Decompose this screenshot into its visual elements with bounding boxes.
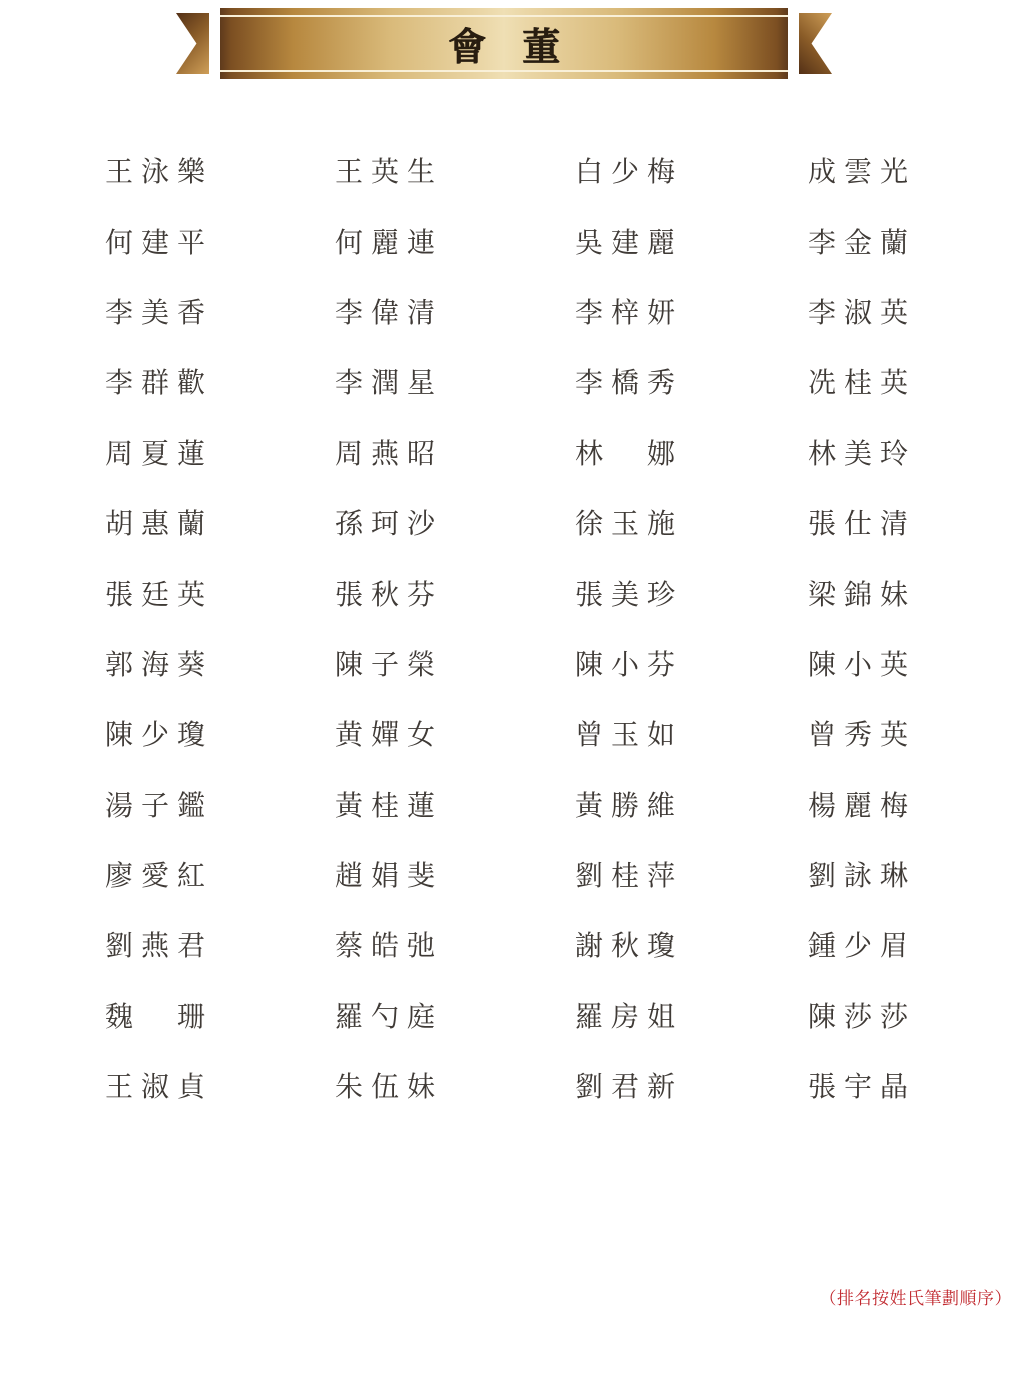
member-name: 冼桂英 — [808, 346, 1005, 416]
member-name: 湯子鑑 — [105, 769, 335, 839]
member-name: 李金蘭 — [808, 205, 1005, 275]
member-name: 李淑英 — [808, 276, 1005, 346]
member-name: 蔡皓弛 — [335, 909, 575, 979]
member-name: 李潤星 — [335, 346, 575, 416]
member-name: 張宇晶 — [808, 1050, 1005, 1120]
member-name: 朱伍妹 — [335, 1050, 575, 1120]
member-name: 羅房姐 — [575, 980, 808, 1050]
member-name: 陳少瓊 — [105, 698, 335, 768]
sort-order-footnote: （排名按姓氏筆劃順序） — [820, 1284, 1013, 1309]
member-name: 徐玉施 — [575, 487, 808, 557]
member-name: 林 娜 — [575, 417, 808, 487]
member-name: 李偉清 — [335, 276, 575, 346]
member-name: 廖愛紅 — [105, 839, 335, 909]
ribbon-inset-line-top — [220, 15, 788, 17]
member-name: 張美珍 — [575, 557, 808, 627]
ribbon-band: 會董 — [220, 8, 788, 79]
member-name: 黃勝維 — [575, 769, 808, 839]
member-name: 劉君新 — [575, 1050, 808, 1120]
member-name: 周燕昭 — [335, 417, 575, 487]
member-name: 謝秋瓊 — [575, 909, 808, 979]
member-name: 劉燕君 — [105, 909, 335, 979]
ribbon-inset-line-bottom — [220, 70, 788, 72]
member-name: 陳小芬 — [575, 628, 808, 698]
member-name: 梁錦妹 — [808, 557, 1005, 627]
member-name: 劉桂萍 — [575, 839, 808, 909]
member-name: 郭海葵 — [105, 628, 335, 698]
member-name: 陳子榮 — [335, 628, 575, 698]
member-name: 魏 珊 — [105, 980, 335, 1050]
members-grid: 王泳樂王英生白少梅成雲光何建平何麗連吳建麗李金蘭李美香李偉清李梓妍李淑英李群歡李… — [105, 135, 1005, 1120]
member-name: 李群歡 — [105, 346, 335, 416]
member-name: 曾秀英 — [808, 698, 1005, 768]
ribbon-tail-right — [799, 13, 832, 74]
member-name: 吳建麗 — [575, 205, 808, 275]
member-name: 鍾少眉 — [808, 909, 1005, 979]
member-name: 李橋秀 — [575, 346, 808, 416]
member-name: 黄嬋女 — [335, 698, 575, 768]
member-name: 林美玲 — [808, 417, 1005, 487]
member-name: 陳莎莎 — [808, 980, 1005, 1050]
member-name: 白少梅 — [575, 135, 808, 205]
member-name: 何麗連 — [335, 205, 575, 275]
member-name: 黃桂蓮 — [335, 769, 575, 839]
member-name: 王淑貞 — [105, 1050, 335, 1120]
member-name: 曾玉如 — [575, 698, 808, 768]
page-title: 會董 — [448, 16, 596, 71]
member-name: 陳小英 — [808, 628, 1005, 698]
member-name: 劉詠琳 — [808, 839, 1005, 909]
member-list-page: 會董 王泳樂王英生白少梅成雲光何建平何麗連吳建麗李金蘭李美香李偉清李梓妍李淑英李… — [0, 0, 1024, 1380]
member-name: 王泳樂 — [105, 135, 335, 205]
member-name: 羅勺庭 — [335, 980, 575, 1050]
member-name: 楊麗梅 — [808, 769, 1005, 839]
member-name: 成雲光 — [808, 135, 1005, 205]
member-name: 胡惠蘭 — [105, 487, 335, 557]
member-name: 周夏蓮 — [105, 417, 335, 487]
member-name: 李美香 — [105, 276, 335, 346]
member-name: 張秋芬 — [335, 557, 575, 627]
member-name: 何建平 — [105, 205, 335, 275]
member-name: 張仕清 — [808, 487, 1005, 557]
member-name: 趙娟斐 — [335, 839, 575, 909]
member-name: 王英生 — [335, 135, 575, 205]
member-name: 張廷英 — [105, 557, 335, 627]
member-name: 孫珂沙 — [335, 487, 575, 557]
member-name: 李梓妍 — [575, 276, 808, 346]
ribbon-tail-left — [176, 13, 209, 74]
